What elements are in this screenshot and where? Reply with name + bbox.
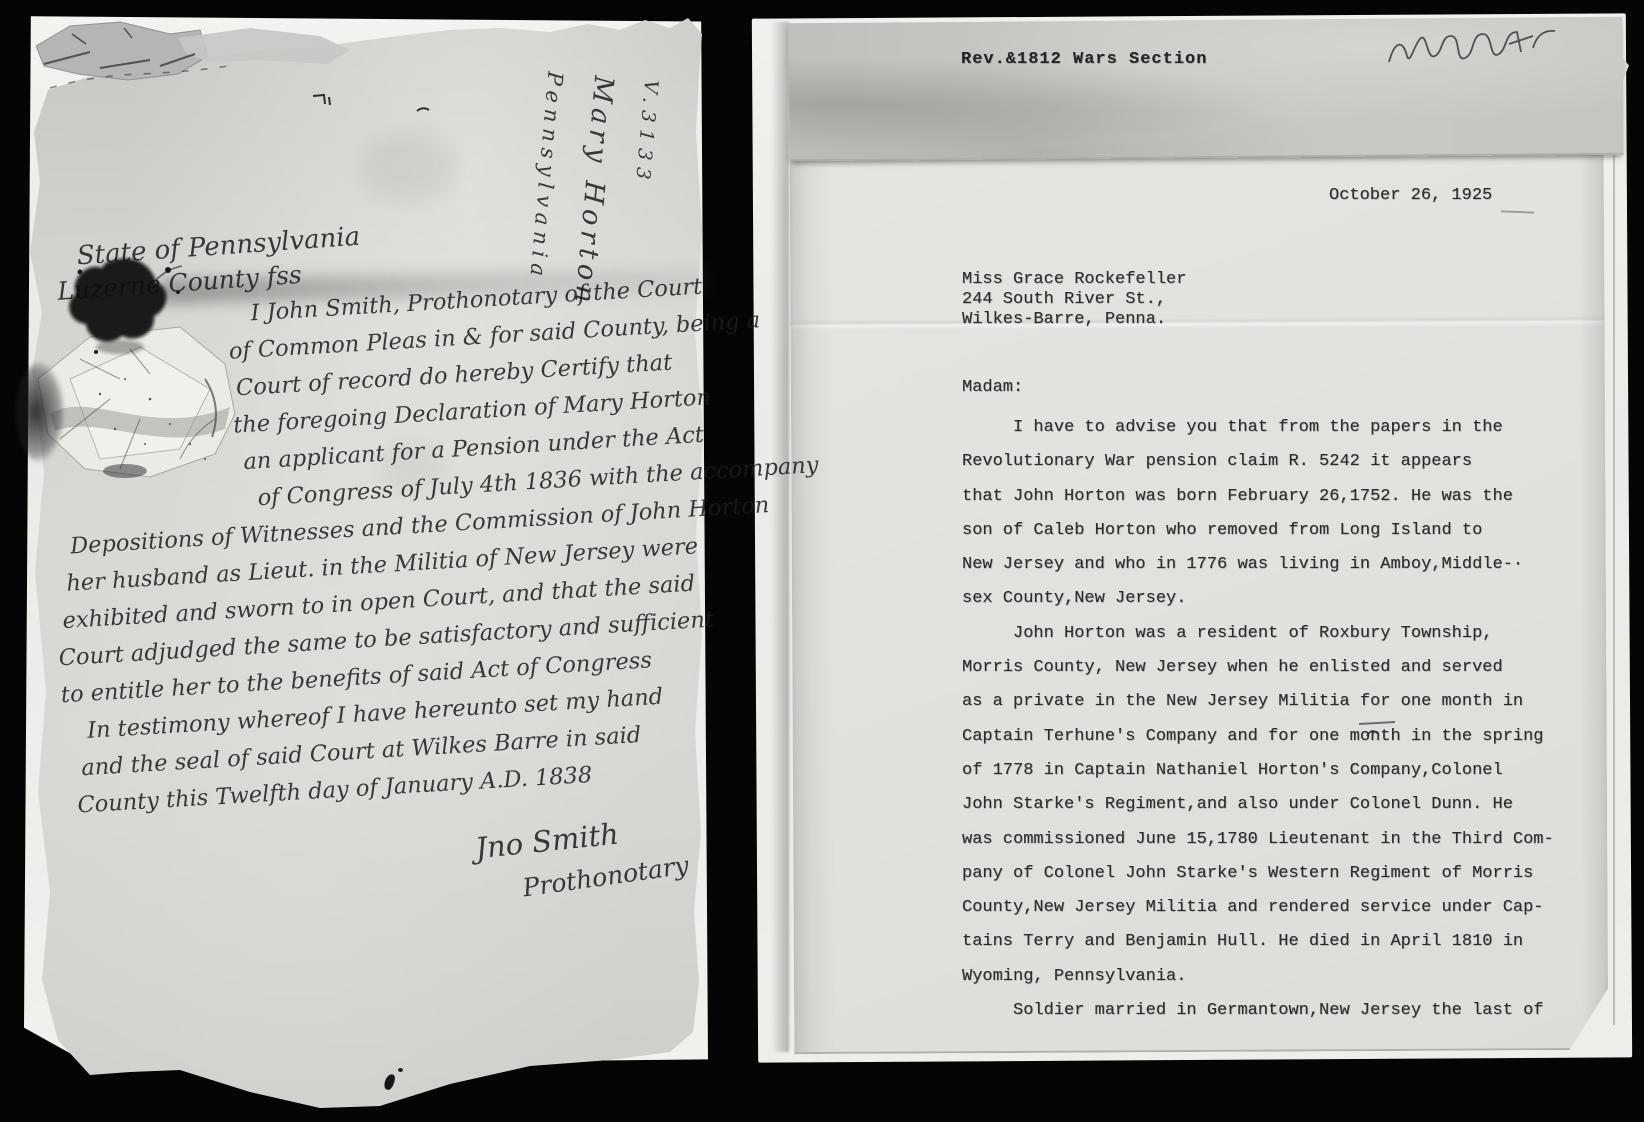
caret-annotation-mark: [1365, 726, 1381, 738]
recipient-street: 244 South River St.,: [962, 290, 1186, 310]
typed-line: Revolutionary War pension claim R. 5242 …: [962, 445, 1554, 479]
edge-ink-blotch: [16, 362, 64, 462]
typed-line: John Horton was a resident of Roxbury To…: [962, 617, 1554, 651]
salutation: Madam:: [962, 378, 1023, 397]
vertical-crease: [1613, 70, 1615, 1025]
handwritten-initials-mark: [1383, 22, 1558, 70]
typed-line: I have to advise you that from the paper…: [962, 411, 1554, 445]
letter-body-text: I have to advise you that from the paper…: [962, 411, 1554, 1028]
rotated-docket-annotation: V.3133 Mary Horton Pennsylvania: [511, 69, 675, 313]
typed-line: County,New Jersey Militia and rendered s…: [962, 891, 1554, 925]
typed-line: son of Caleb Horton who removed from Lon…: [962, 514, 1554, 548]
typed-line: as a private in the New Jersey Militia f…: [962, 685, 1554, 719]
paper-stain: [360, 132, 455, 202]
typed-line: tains Terry and Benjamin Hull. He died i…: [962, 925, 1554, 959]
scanned-documents-background: V.3133 Mary Horton Pennsylvania State of…: [0, 0, 1644, 1122]
typed-line: Wyoming, Pennsylvania.: [962, 960, 1554, 994]
torn-paper-fragments: [28, 14, 373, 100]
stray-ink-dot: [398, 1068, 403, 1072]
ink-blot: [60, 252, 190, 362]
typed-line: that John Horton was born February 26,17…: [962, 480, 1554, 514]
recipient-name: Miss Grace Rockefeller: [962, 270, 1186, 290]
typed-line: Captain Terhune's Company and for one mo…: [962, 720, 1554, 754]
handwritten-court-certificate-page: V.3133 Mary Horton Pennsylvania State of…: [30, 12, 710, 1116]
small-ink-tick: [415, 104, 431, 114]
typed-line: Soldier married in Germantown,New Jersey…: [962, 994, 1554, 1028]
typed-line: pany of Colonel John Starke's Western Re…: [962, 857, 1554, 891]
small-ink-mark: [310, 92, 334, 110]
typed-line: New Jersey and who in 1776 was living in…: [962, 548, 1554, 582]
typewritten-letter-stack: Rev.&1812 Wars Section October 26, 1925 …: [755, 10, 1635, 1070]
typed-line: John Starke's Regiment,and also under Co…: [962, 788, 1554, 822]
typed-line: was commissioned June 15,1780 Lieutenant…: [962, 823, 1554, 857]
typed-line: Morris County, New Jersey when he enlist…: [962, 651, 1554, 685]
typed-line: of 1778 in Captain Nathaniel Horton's Co…: [962, 754, 1554, 788]
typed-line: sex County,New Jersey.: [962, 582, 1554, 616]
section-header: Rev.&1812 Wars Section: [961, 50, 1207, 69]
recipient-city: Wilkes-Barre, Penna.: [962, 310, 1186, 330]
letter-date: October 26, 1925: [1329, 186, 1492, 205]
stack-edge-shadow: [771, 22, 789, 1052]
recipient-address-block: Miss Grace Rockefeller 244 South River S…: [962, 270, 1186, 330]
